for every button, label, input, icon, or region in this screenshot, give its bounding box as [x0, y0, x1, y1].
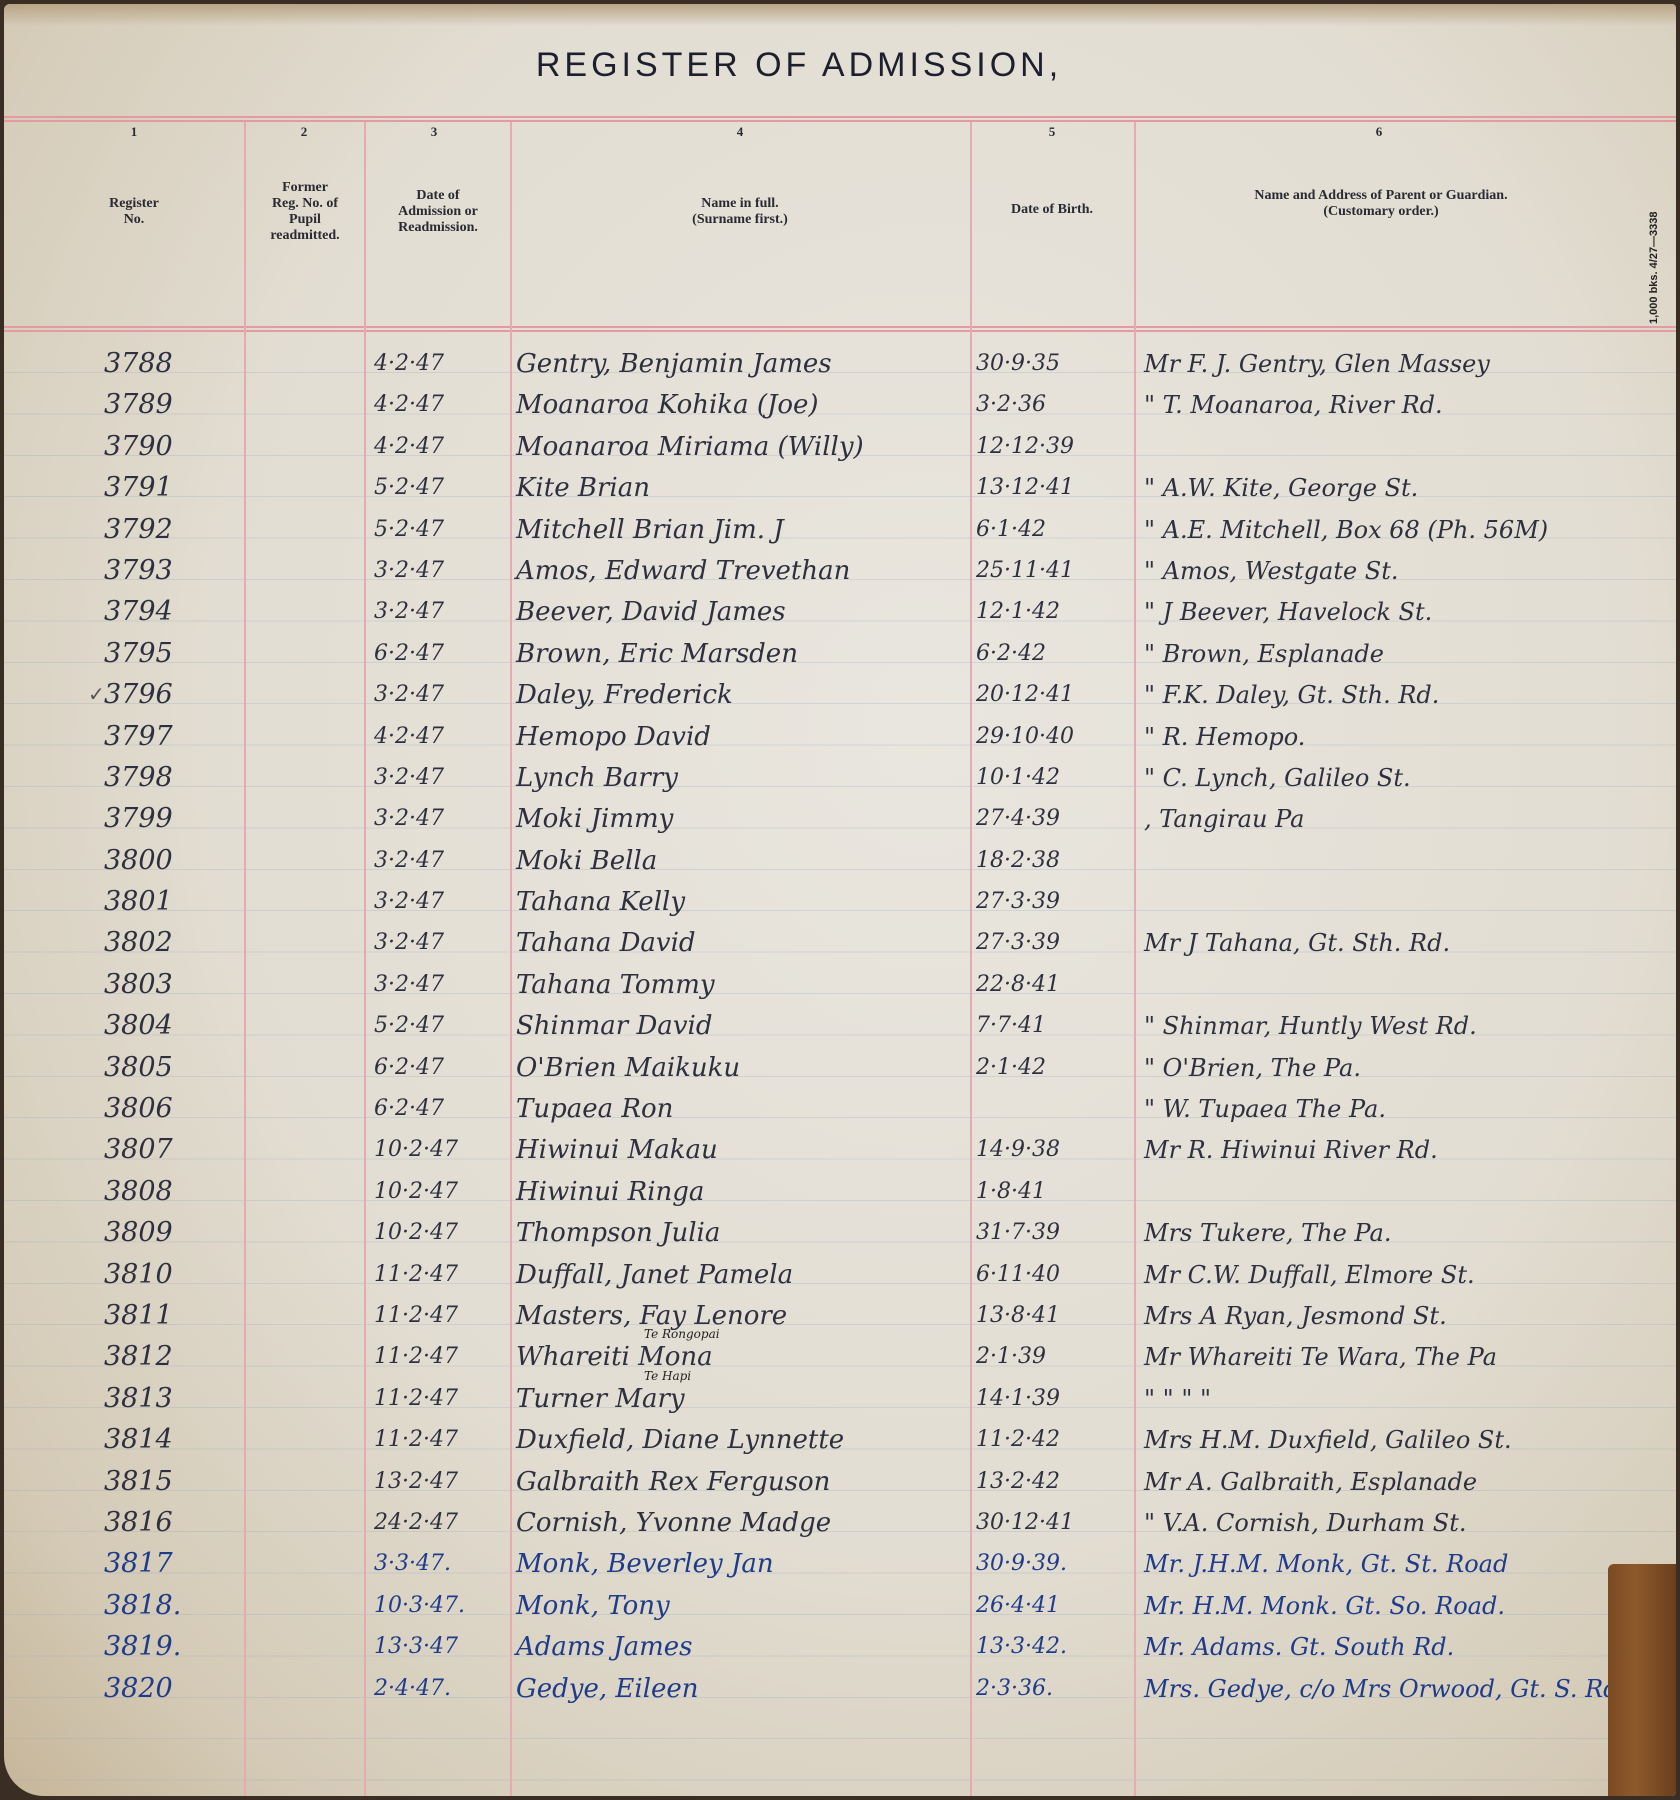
- admission-date: 11·2·47: [374, 1379, 514, 1419]
- pupil-name: Duffall, Janet Pamela: [516, 1255, 966, 1295]
- pupil-name: Thompson Julia: [516, 1213, 966, 1253]
- table-row: 3795 6·2·47 Brown, Eric Marsden 6·2·42 "…: [4, 634, 1676, 675]
- register-number: 3814: [104, 1420, 234, 1460]
- date-of-birth: 6·11·40: [976, 1255, 1136, 1295]
- admission-date: 2·4·47.: [374, 1669, 514, 1709]
- date-of-birth: 27·4·39: [976, 799, 1136, 839]
- pupil-name: Hiwinui Makau: [516, 1130, 966, 1170]
- pupil-name: Moki Jimmy: [516, 799, 966, 839]
- parent-guardian: Mr J Tahana, Gt. Sth. Rd.: [1144, 923, 1664, 963]
- column-number: 2: [274, 124, 334, 140]
- pupil-name: Tupaea Ron: [516, 1089, 966, 1129]
- admission-date: 11·2·47: [374, 1420, 514, 1460]
- parent-guardian: Mrs. Gedye, c/o Mrs Orwood, Gt. S. Rd.: [1144, 1669, 1664, 1709]
- pupil-name: Shinmar David: [516, 1006, 966, 1046]
- pupil-name: Cornish, Yvonne Madge: [516, 1503, 966, 1543]
- pupil-name: O'Brien Maikuku: [516, 1048, 966, 1088]
- parent-guardian: Mr A. Galbraith, Esplanade: [1144, 1462, 1664, 1502]
- table-row: 3791 5·2·47 Kite Brian 13·12·41 " A.W. K…: [4, 468, 1676, 509]
- register-number: 3816: [104, 1503, 234, 1543]
- table-row: 3817 3·3·47. Monk, Beverley Jan 30·9·39.…: [4, 1544, 1676, 1585]
- register-number: 3794: [104, 592, 234, 632]
- register-number: 3795: [104, 634, 234, 674]
- date-of-birth: 25·11·41: [976, 551, 1136, 591]
- table-row: 3805 6·2·47 O'Brien Maikuku 2·1·42 " O'B…: [4, 1048, 1676, 1089]
- admission-date: 11·2·47: [374, 1255, 514, 1295]
- parent-guardian: " A.E. Mitchell, Box 68 (Ph. 56M): [1144, 510, 1664, 550]
- register-number: 3811: [104, 1296, 234, 1336]
- parent-guardian: " W. Tupaea The Pa.: [1144, 1089, 1664, 1129]
- date-of-birth: 3·2·36: [976, 385, 1136, 425]
- admission-date: 5·2·47: [374, 510, 514, 550]
- pupil-name: Tahana David: [516, 923, 966, 963]
- register-number: 3817: [104, 1544, 234, 1584]
- parent-guardian: " C. Lynch, Galileo St.: [1144, 758, 1664, 798]
- header-bottom-rule: [4, 326, 1676, 332]
- name-annotation: Te Hapi: [644, 1369, 691, 1383]
- name-annotation: Te Rongopai: [644, 1327, 720, 1341]
- printer-mark: 1,000 bks. 4/27—3338: [1648, 64, 1668, 324]
- pupil-name: Daley, Frederick: [516, 675, 966, 715]
- admission-date: 4·2·47: [374, 717, 514, 757]
- admission-date: 10·2·47: [374, 1172, 514, 1212]
- register-number: 3790: [104, 427, 234, 467]
- register-number: 3802: [104, 923, 234, 963]
- date-of-birth: 12·12·39: [976, 427, 1136, 467]
- pupil-name: Mitchell Brian Jim. J: [516, 510, 966, 550]
- header-top-rule: [4, 116, 1676, 122]
- column-header-name-in-full: Name in full. (Surname first.): [512, 196, 968, 228]
- pupil-name: Gentry, Benjamin James: [516, 344, 966, 384]
- pupil-name: Whareiti Mona: [516, 1337, 966, 1377]
- pupil-name: Adams James: [516, 1627, 966, 1667]
- date-of-birth: 13·3·42.: [976, 1627, 1136, 1667]
- date-of-birth: 30·12·41: [976, 1503, 1136, 1543]
- parent-guardian: " O'Brien, The Pa.: [1144, 1048, 1664, 1088]
- register-number: 3789: [104, 385, 234, 425]
- admission-date: 4·2·47: [374, 385, 514, 425]
- register-number: 3788: [104, 344, 234, 384]
- page-corner-stain: [1608, 1564, 1676, 1796]
- register-number: 3800: [104, 841, 234, 881]
- admission-date: 3·2·47: [374, 799, 514, 839]
- date-of-birth: 2·1·39: [976, 1337, 1136, 1377]
- date-of-birth: 31·7·39: [976, 1213, 1136, 1253]
- parent-guardian: Mr. J.H.M. Monk, Gt. St. Road: [1144, 1544, 1664, 1584]
- table-row: 3816 24·2·47 Cornish, Yvonne Madge 30·12…: [4, 1503, 1676, 1544]
- pupil-name: Duxfield, Diane Lynnette: [516, 1420, 966, 1460]
- admission-date: 10·3·47.: [374, 1586, 514, 1626]
- admission-date: 3·3·47.: [374, 1544, 514, 1584]
- register-number: 3803: [104, 965, 234, 1005]
- parent-guardian: Mr C.W. Duffall, Elmore St.: [1144, 1255, 1664, 1295]
- date-of-birth: 14·1·39: [976, 1379, 1136, 1419]
- table-row: 3801 3·2·47 Tahana Kelly 27·3·39: [4, 882, 1676, 923]
- register-number: 3812: [104, 1337, 234, 1377]
- register-number: 3809: [104, 1213, 234, 1253]
- admission-date: 11·2·47: [374, 1296, 514, 1336]
- table-row: 3819. 13·3·47 Adams James 13·3·42. Mr. A…: [4, 1627, 1676, 1668]
- date-of-birth: 10·1·42: [976, 758, 1136, 798]
- register-number: 3818.: [104, 1586, 234, 1626]
- pupil-name: Hiwinui Ringa: [516, 1172, 966, 1212]
- table-row: 3813 11·2·47 Turner Mary 14·1·39 " " " "…: [4, 1379, 1676, 1420]
- register-number: 3793: [104, 551, 234, 591]
- date-of-birth: 30·9·39.: [976, 1544, 1136, 1584]
- pupil-name: Gedye, Eileen: [516, 1669, 966, 1709]
- parent-guardian: , Tangirau Pa: [1144, 799, 1664, 839]
- pupil-name: Moanaroa Miriama (Willy): [516, 427, 966, 467]
- register-number: 3805: [104, 1048, 234, 1088]
- parent-guardian: " V.A. Cornish, Durham St.: [1144, 1503, 1664, 1543]
- register-number: 3819.: [104, 1627, 234, 1667]
- parent-guardian: Mrs H.M. Duxfield, Galileo St.: [1144, 1420, 1664, 1460]
- pupil-name: Brown, Eric Marsden: [516, 634, 966, 674]
- page-title: REGISTER OF ADMISSION,: [4, 46, 1594, 85]
- register-entries: 3788 4·2·47 Gentry, Benjamin James 30·9·…: [4, 344, 1676, 1710]
- pupil-name: Amos, Edward Trevethan: [516, 551, 966, 591]
- column-header-date-of-admission: Date of Admission or Readmission.: [366, 188, 510, 236]
- register-number: 3804: [104, 1006, 234, 1046]
- register-number: 3799: [104, 799, 234, 839]
- parent-guardian: Mr. Adams. Gt. South Rd.: [1144, 1627, 1664, 1667]
- admission-date: 5·2·47: [374, 1006, 514, 1046]
- pupil-name: Hemopo David: [516, 717, 966, 757]
- parent-guardian: Mrs A Ryan, Jesmond St.: [1144, 1296, 1664, 1336]
- admission-date: 3·2·47: [374, 882, 514, 922]
- column-header-register-no: Register No.: [64, 196, 204, 228]
- pupil-name: Turner Mary: [516, 1379, 966, 1419]
- date-of-birth: 27·3·39: [976, 923, 1136, 963]
- table-row: 3799 3·2·47 Moki Jimmy 27·4·39 , Tangira…: [4, 799, 1676, 840]
- admission-date: 3·2·47: [374, 923, 514, 963]
- date-of-birth: 7·7·41: [976, 1006, 1136, 1046]
- parent-guardian: Mr F. J. Gentry, Glen Massey: [1144, 344, 1664, 384]
- table-row: 3812 11·2·47 Whareiti Mona 2·1·39 Mr Wha…: [4, 1337, 1676, 1378]
- register-number: 3820: [104, 1669, 234, 1709]
- column-header-parent-guardian: Name and Address of Parent or Guardian. …: [1136, 188, 1626, 220]
- table-row: 3792 5·2·47 Mitchell Brian Jim. J 6·1·42…: [4, 510, 1676, 551]
- pupil-name: Monk, Tony: [516, 1586, 966, 1626]
- admission-date: 3·2·47: [374, 841, 514, 881]
- admission-date: 11·2·47: [374, 1337, 514, 1377]
- pupil-name: Beever, David James: [516, 592, 966, 632]
- table-row: 3800 3·2·47 Moki Bella 18·2·38: [4, 841, 1676, 882]
- pupil-name: Tahana Tommy: [516, 965, 966, 1005]
- register-number: 3796: [104, 675, 234, 715]
- parent-guardian: " F.K. Daley, Gt. Sth. Rd.: [1144, 675, 1664, 715]
- pupil-name: Tahana Kelly: [516, 882, 966, 922]
- column-number: 3: [404, 124, 464, 140]
- parent-guardian: Mrs Tukere, The Pa.: [1144, 1213, 1664, 1253]
- admission-date: 10·2·47: [374, 1213, 514, 1253]
- check-mark-icon: ✓: [88, 675, 105, 715]
- date-of-birth: 18·2·38: [976, 841, 1136, 881]
- register-number: 3797: [104, 717, 234, 757]
- parent-guardian: " Shinmar, Huntly West Rd.: [1144, 1006, 1664, 1046]
- pupil-name: Monk, Beverley Jan: [516, 1544, 966, 1584]
- table-row: 3806 6·2·47 Tupaea Ron " W. Tupaea The P…: [4, 1089, 1676, 1130]
- table-row: 3797 4·2·47 Hemopo David 29·10·40 " R. H…: [4, 717, 1676, 758]
- table-row: 3814 11·2·47 Duxfield, Diane Lynnette 11…: [4, 1420, 1676, 1461]
- column-number: 5: [1022, 124, 1082, 140]
- admission-date: 13·2·47: [374, 1462, 514, 1502]
- column-number: 4: [710, 124, 770, 140]
- register-number: 3801: [104, 882, 234, 922]
- table-row: 3789 4·2·47 Moanaroa Kohika (Joe) 3·2·36…: [4, 385, 1676, 426]
- parent-guardian: " " " ": [1144, 1379, 1664, 1419]
- date-of-birth: 12·1·42: [976, 592, 1136, 632]
- admission-date: 3·2·47: [374, 675, 514, 715]
- date-of-birth: 6·2·42: [976, 634, 1136, 674]
- parent-guardian: " R. Hemopo.: [1144, 717, 1664, 757]
- date-of-birth: 29·10·40: [976, 717, 1136, 757]
- table-row: 3788 4·2·47 Gentry, Benjamin James 30·9·…: [4, 344, 1676, 385]
- parent-guardian: Mr R. Hiwinui River Rd.: [1144, 1130, 1664, 1170]
- register-number: 3810: [104, 1255, 234, 1295]
- table-row: 3810 11·2·47 Duffall, Janet Pamela 6·11·…: [4, 1255, 1676, 1296]
- admission-date: 6·2·47: [374, 634, 514, 674]
- admission-date: 3·2·47: [374, 592, 514, 632]
- column-number: 6: [1349, 124, 1409, 140]
- table-row: 3811 11·2·47 Masters, Fay Lenore 13·8·41…: [4, 1296, 1676, 1337]
- admission-date: 6·2·47: [374, 1089, 514, 1129]
- date-of-birth: 11·2·42: [976, 1420, 1136, 1460]
- register-number: 3792: [104, 510, 234, 550]
- parent-guardian: Mr Whareiti Te Wara, The Pa: [1144, 1337, 1664, 1377]
- parent-guardian: " A.W. Kite, George St.: [1144, 468, 1664, 508]
- table-row: ✓ 3796 3·2·47 Daley, Frederick 20·12·41 …: [4, 675, 1676, 716]
- table-row: 3818. 10·3·47. Monk, Tony 26·4·41 Mr. H.…: [4, 1586, 1676, 1627]
- register-number: 3808: [104, 1172, 234, 1212]
- column-header-date-of-birth: Date of Birth.: [972, 202, 1132, 218]
- pupil-name: Moki Bella: [516, 841, 966, 881]
- date-of-birth: 13·8·41: [976, 1296, 1136, 1336]
- table-row: 3802 3·2·47 Tahana David 27·3·39 Mr J Ta…: [4, 923, 1676, 964]
- register-number: 3807: [104, 1130, 234, 1170]
- parent-guardian: " Brown, Esplanade: [1144, 634, 1664, 674]
- pupil-name: Lynch Barry: [516, 758, 966, 798]
- register-number: 3813: [104, 1379, 234, 1419]
- date-of-birth: 6·1·42: [976, 510, 1136, 550]
- date-of-birth: 14·9·38: [976, 1130, 1136, 1170]
- register-page: REGISTER OF ADMISSION, 1,000 bks. 4/27—3…: [4, 4, 1676, 1796]
- register-number: 3798: [104, 758, 234, 798]
- date-of-birth: 1·8·41: [976, 1172, 1136, 1212]
- date-of-birth: 22·8·41: [976, 965, 1136, 1005]
- date-of-birth: 13·2·42: [976, 1462, 1136, 1502]
- register-number: 3806: [104, 1089, 234, 1129]
- admission-date: 10·2·47: [374, 1130, 514, 1170]
- table-row: 3803 3·2·47 Tahana Tommy 22·8·41: [4, 965, 1676, 1006]
- admission-date: 6·2·47: [374, 1048, 514, 1088]
- date-of-birth: 26·4·41: [976, 1586, 1136, 1626]
- register-number: 3791: [104, 468, 234, 508]
- date-of-birth: 13·12·41: [976, 468, 1136, 508]
- table-row: 3808 10·2·47 Hiwinui Ringa 1·8·41: [4, 1172, 1676, 1213]
- table-row: 3793 3·2·47 Amos, Edward Trevethan 25·11…: [4, 551, 1676, 592]
- parent-guardian: " Amos, Westgate St.: [1144, 551, 1664, 591]
- parent-guardian: " J Beever, Havelock St.: [1144, 592, 1664, 632]
- admission-date: 3·2·47: [374, 758, 514, 798]
- table-row: 3807 10·2·47 Hiwinui Makau 14·9·38 Mr R.…: [4, 1130, 1676, 1171]
- admission-date: 3·2·47: [374, 551, 514, 591]
- pupil-name: Masters, Fay Lenore: [516, 1296, 966, 1336]
- admission-date: 4·2·47: [374, 344, 514, 384]
- date-of-birth: 27·3·39: [976, 882, 1136, 922]
- table-row: 3794 3·2·47 Beever, David James 12·1·42 …: [4, 592, 1676, 633]
- pupil-name: Kite Brian: [516, 468, 966, 508]
- table-row: 3820 2·4·47. Gedye, Eileen 2·3·36. Mrs. …: [4, 1669, 1676, 1710]
- register-number: 3815: [104, 1462, 234, 1502]
- admission-date: 13·3·47: [374, 1627, 514, 1667]
- pupil-name: Moanaroa Kohika (Joe): [516, 385, 966, 425]
- date-of-birth: 20·12·41: [976, 675, 1136, 715]
- pupil-name: Galbraith Rex Ferguson: [516, 1462, 966, 1502]
- admission-date: 5·2·47: [374, 468, 514, 508]
- column-number: 1: [104, 124, 164, 140]
- column-header-former-reg-no: Former Reg. No. of Pupil readmitted.: [246, 180, 364, 244]
- table-row: 3815 13·2·47 Galbraith Rex Ferguson 13·2…: [4, 1462, 1676, 1503]
- table-row: 3804 5·2·47 Shinmar David 7·7·41 " Shinm…: [4, 1006, 1676, 1047]
- date-of-birth: 2·1·42: [976, 1048, 1136, 1088]
- table-row: 3790 4·2·47 Moanaroa Miriama (Willy) 12·…: [4, 427, 1676, 468]
- parent-guardian: " T. Moanaroa, River Rd.: [1144, 385, 1664, 425]
- admission-date: 3·2·47: [374, 965, 514, 1005]
- table-row: 3798 3·2·47 Lynch Barry 10·1·42 " C. Lyn…: [4, 758, 1676, 799]
- admission-date: 24·2·47: [374, 1503, 514, 1543]
- date-of-birth: 30·9·35: [976, 344, 1136, 384]
- parent-guardian: Mr. H.M. Monk. Gt. So. Road.: [1144, 1586, 1664, 1626]
- date-of-birth: 2·3·36.: [976, 1669, 1136, 1709]
- admission-date: 4·2·47: [374, 427, 514, 467]
- table-row: 3809 10·2·47 Thompson Julia 31·7·39 Mrs …: [4, 1213, 1676, 1254]
